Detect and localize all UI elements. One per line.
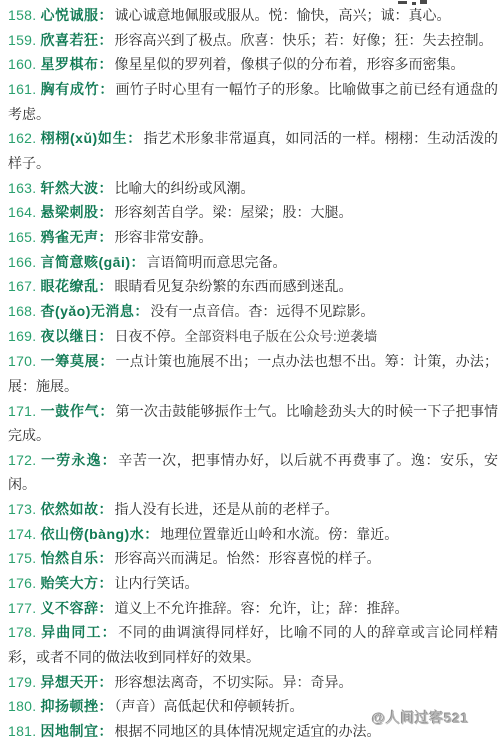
idiom-definition: 形容刻苦自学。梁：屋梁；股：大腿。 (114, 204, 352, 220)
entry-number: 181. (8, 723, 36, 739)
entry-number: 173. (8, 501, 36, 517)
idiom-term: 眼花缭乱 (40, 278, 98, 294)
idiom-definition: （声音）高低起伏和停顿转折。 (114, 698, 303, 714)
idiom-term: 悬梁刺股 (40, 204, 98, 220)
idiom-definition: 形容高兴而满足。怡然：形容喜悦的样子。 (114, 550, 380, 566)
term-colon: ： (144, 526, 158, 542)
idiom-definition: 形容非常安静。 (114, 229, 212, 245)
idiom-definition: 地理位置靠近山岭和水流。傍：靠近。 (160, 526, 398, 542)
idiom-term: 言简意赅(gāi) (40, 254, 130, 270)
idiom-entry: 179.异想天开：形容想法离奇，不切实际。异：奇异。 (8, 670, 498, 695)
idiom-term: 依然如故 (40, 501, 98, 517)
entry-number: 178. (8, 624, 36, 640)
idiom-definition: 形容高兴到了极点。欣喜：快乐；若：好像；狂：失去控制。 (114, 32, 492, 48)
idiom-term: 杳(yǎo)无消息 (40, 303, 134, 319)
idiom-term: 怡然自乐 (40, 550, 98, 566)
idiom-term: 义不容辞 (40, 600, 98, 616)
term-colon: ： (98, 180, 112, 196)
idiom-definition: 言语简明而意思完备。 (147, 254, 287, 270)
term-colon: ： (98, 32, 112, 48)
idiom-entry: 178.异曲同工：不同的曲调演得同样好，比喻不同的人的辞章或言论同样精彩，或者不… (8, 620, 498, 669)
term-colon: ： (99, 81, 113, 97)
term-colon: ： (102, 452, 117, 468)
idiom-entry: 175.怡然自乐：形容高兴而满足。怡然：形容喜悦的样子。 (8, 546, 498, 571)
idiom-entry: 172.一劳永逸：辛苦一次，把事情办好，以后就不再费事了。逸：安乐，安闲。 (8, 448, 498, 497)
idiom-definition: 让内行笑话。 (114, 575, 198, 591)
idiom-entry: 159.欣喜若狂：形容高兴到了极点。欣喜：快乐；若：好像；狂：失去控制。 (8, 28, 498, 53)
term-colon: ： (99, 353, 113, 369)
entry-number: 168. (8, 303, 36, 319)
term-colon: ： (131, 254, 145, 270)
entry-number: 165. (8, 229, 36, 245)
idiom-term: 欣喜若狂 (40, 32, 98, 48)
idiom-entry: 176.贻笑大方：让内行笑话。 (8, 571, 498, 596)
entry-number: 164. (8, 204, 36, 220)
entry-number: 172. (8, 452, 36, 468)
idiom-term: 一劳永逸 (40, 452, 101, 468)
idiom-term: 一筹莫展 (40, 353, 99, 369)
idiom-term: 鸦雀无声 (40, 229, 98, 245)
entry-number: 167. (8, 278, 36, 294)
term-colon: ： (98, 575, 112, 591)
idiom-term: 轩然大波 (40, 180, 98, 196)
idiom-term: 抑扬顿挫 (40, 698, 98, 714)
idiom-entry: 166.言简意赅(gāi)：言语简明而意思完备。 (8, 250, 498, 275)
term-colon: ： (98, 278, 112, 294)
entry-number: 174. (8, 526, 36, 542)
term-colon: ： (98, 229, 112, 245)
idiom-entry: 163.轩然大波：比喻大的纠纷或风潮。 (8, 176, 498, 201)
idiom-term: 星罗棋布 (40, 56, 98, 72)
idiom-term: 贻笑大方 (40, 575, 98, 591)
entry-number: 160. (8, 56, 36, 72)
idiom-term: 依山傍(bàng)水 (40, 526, 144, 542)
idiom-term: 一鼓作气 (40, 403, 99, 419)
entry-number: 166. (8, 254, 36, 270)
idiom-definition: 没有一点音信。杳：远得不见踪影。 (150, 303, 374, 319)
idiom-term: 因地制宜 (40, 723, 98, 739)
term-colon: ： (99, 403, 113, 419)
idiom-definition: 指人没有长进，还是从前的老样子。 (114, 501, 338, 517)
idiom-entry: 158.心悦诚服：诚心诚意地佩服或服从。悦：愉快，高兴；诚：真心。 (8, 3, 498, 28)
entry-number: 175. (8, 550, 36, 566)
idiom-entry: 162.栩栩(xǔ)如生：指艺术形象非常逼真，如同活的一样。栩栩：生动活泼的样子… (8, 126, 498, 175)
idiom-entry: 170.一筹莫展：一点计策也施展不出；一点办法也想不出。筹：计策，办法；展：施展… (8, 349, 498, 398)
entry-number: 177. (8, 600, 36, 616)
idiom-entry: 174.依山傍(bàng)水：地理位置靠近山岭和水流。傍：靠近。 (8, 522, 498, 547)
idiom-term: 夜以继日 (40, 328, 98, 344)
idiom-entry: 168.杳(yǎo)无消息：没有一点音信。杳：远得不见踪影。 (8, 299, 498, 324)
idiom-entry: 167.眼花缭乱：眼睛看见复杂纷繁的东西而感到迷乱。 (8, 274, 498, 299)
idiom-term: 心悦诚服 (40, 7, 98, 23)
idiom-entry: 161.胸有成竹：画竹子时心里有一幅竹子的形象。比喻做事之前已经有通盘的考虑。 (8, 77, 498, 126)
entry-number: 159. (8, 32, 36, 48)
idiom-entry: 169.夜以继日：日夜不停。全部资料电子版在公众号:逆袭墙 (8, 324, 498, 350)
term-colon: ： (102, 624, 117, 640)
idiom-term: 异曲同工 (40, 624, 101, 640)
idiom-term: 异想天开 (40, 674, 98, 690)
entry-number: 170. (8, 353, 36, 369)
entry-number: 176. (8, 575, 36, 591)
term-colon: ： (98, 7, 112, 23)
entry-number: 171. (8, 403, 36, 419)
idiom-definition: 诚心诚意地佩服或服从。悦：愉快，高兴；诚：真心。 (114, 7, 450, 23)
idiom-entry: 160.星罗棋布：像星星似的罗列着，像棋子似的分布着，形容多而密集。 (8, 52, 498, 77)
term-colon: ： (98, 674, 112, 690)
idiom-definition: 道义上不允许推辞。容：允许，让；辞：推辞。 (114, 600, 408, 616)
idiom-entry: 164.悬梁刺股：形容刻苦自学。梁：屋梁；股：大腿。 (8, 200, 498, 225)
idiom-entry: 165.鸦雀无声：形容非常安静。 (8, 225, 498, 250)
term-colon: ： (98, 698, 112, 714)
term-colon: ： (134, 303, 148, 319)
idiom-definitions-page: 158.心悦诚服：诚心诚意地佩服或服从。悦：愉快，高兴；诚：真心。 159.欣喜… (0, 0, 500, 740)
idiom-term: 胸有成竹 (40, 81, 99, 97)
idiom-definition: 日夜不停。 (114, 328, 184, 344)
idiom-definition: 像星星似的罗列着，像棋子似的分布着，形容多而密集。 (114, 56, 464, 72)
term-colon: ： (98, 56, 112, 72)
entry-number: 162. (8, 130, 36, 146)
term-colon: ： (127, 130, 141, 146)
term-colon: ： (98, 204, 112, 220)
term-colon: ： (98, 600, 112, 616)
entry-number: 180. (8, 698, 36, 714)
entry-number: 163. (8, 180, 36, 196)
term-colon: ： (98, 328, 112, 344)
idiom-definition: 根据不同地区的具体情况规定适宜的办法。 (114, 723, 380, 739)
entry-number: 158. (8, 7, 36, 23)
watermark: @人间过客521 (372, 708, 469, 728)
idiom-entry: 177.义不容辞：道义上不允许推辞。容：允许，让；辞：推辞。 (8, 596, 498, 621)
idiom-term: 栩栩(xǔ)如生 (40, 130, 127, 146)
cropped-text-artifact (398, 0, 438, 6)
idiom-definition: 眼睛看见复杂纷繁的东西而感到迷乱。 (114, 278, 352, 294)
promo-note: 全部资料电子版在公众号:逆袭墙 (184, 329, 377, 344)
term-colon: ： (98, 501, 112, 517)
term-colon: ： (98, 550, 112, 566)
idiom-entry: 173.依然如故：指人没有长进，还是从前的老样子。 (8, 497, 498, 522)
term-colon: ： (98, 723, 112, 739)
idiom-entry: 171.一鼓作气：第一次击鼓能够振作士气。比喻趁劲头大的时候一下子把事情完成。 (8, 399, 498, 448)
idiom-definition: 比喻大的纠纷或风潮。 (114, 180, 254, 196)
entry-number: 169. (8, 328, 36, 344)
entry-number: 179. (8, 674, 36, 690)
idiom-definition: 形容想法离奇，不切实际。异：奇异。 (114, 674, 352, 690)
entry-number: 161. (8, 81, 36, 97)
